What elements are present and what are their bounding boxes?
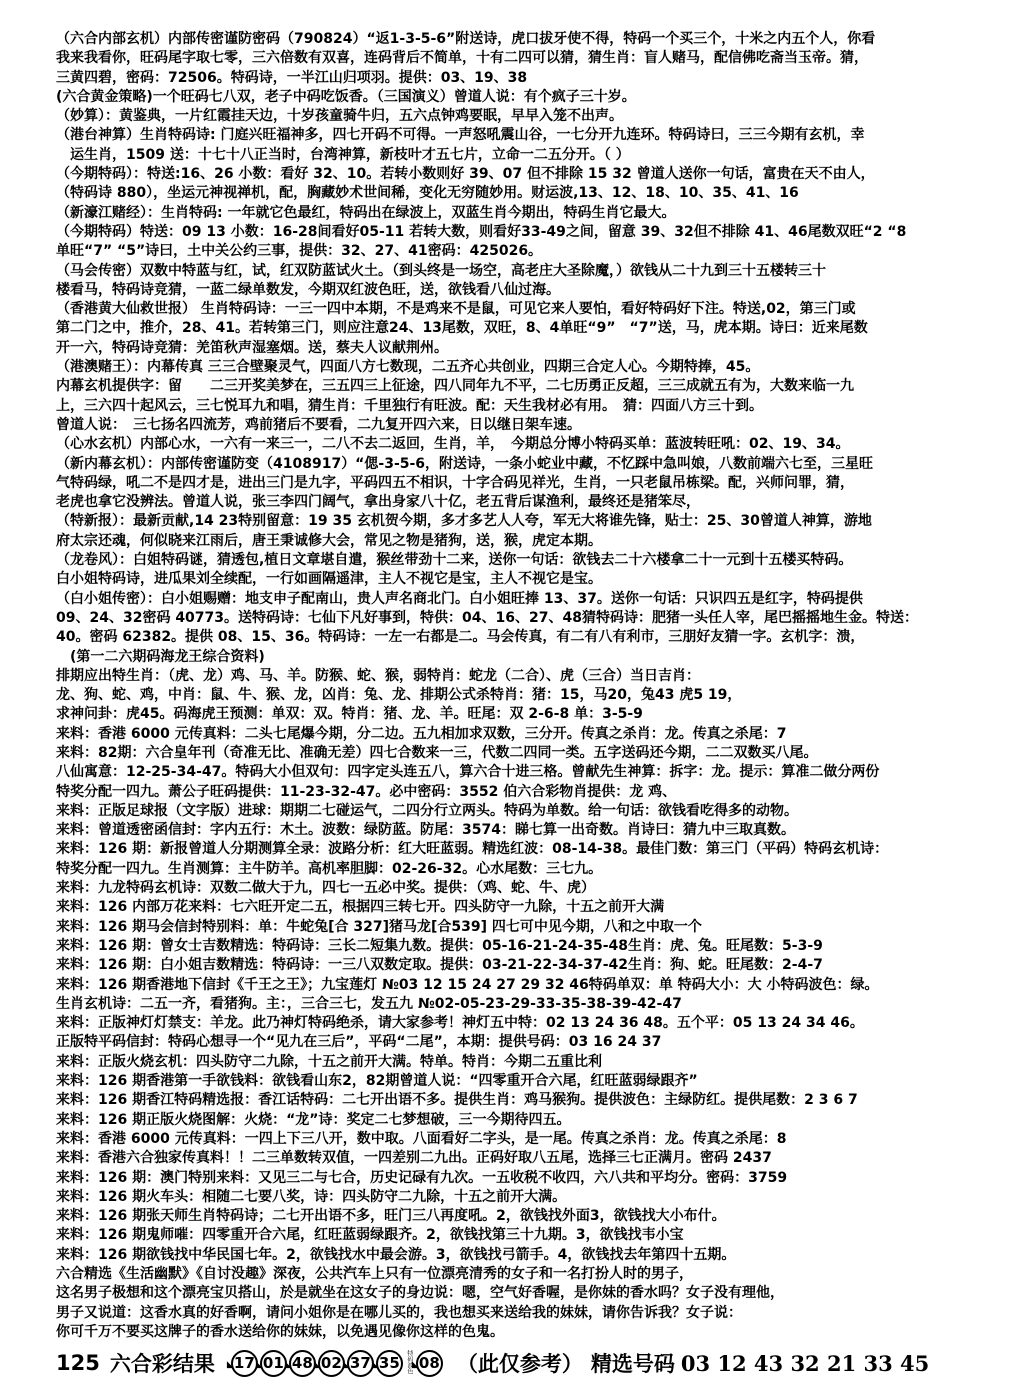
text-line: 特奖分配一四九。萧公子旺码提供：11-23-32-47。必中密码：3552 伯六… xyxy=(56,783,991,802)
text-line: 来料：126 内部万花来料：七六旺开定二五，根据四三转七开。四头防守一九除，十五… xyxy=(56,898,991,917)
text-line: 你可千万不要买这牌子的香水送给你的妹妹，以免遇见像你这样的色鬼。 xyxy=(56,1323,991,1342)
text-line: 09、24、32密码 40773。送特码诗：七仙下凡好事到，特供：04、16、2… xyxy=(56,609,991,628)
tick-icon: ◣ xyxy=(227,1361,234,1370)
text-line: 来料：126 期香港地下信封《千王之王》；九宝莲灯 №03 12 15 24 2… xyxy=(56,976,991,995)
result-ball: ◣01 xyxy=(260,1350,287,1377)
text-line: 男子又说道：这香水真的好香啊，请问小姐你是在哪儿买的，我也想买来送给我的妹妹，请… xyxy=(56,1304,991,1323)
text-line: 单旺“7” “5”诗曰，土中关公约三事，提供：32、27、41密码：425026… xyxy=(56,242,991,261)
text-line: 来料：126 期正版火烧图解：火烧：“龙”诗：奖定二七梦想破，三一今期待四五。 xyxy=(56,1111,991,1130)
text-line: （六合内部玄机）内部传密谨防密码（790824）“返1-3-5-6”附送诗，虎口… xyxy=(56,30,991,49)
text-line: （今期特码）特送：09 13 小数：16-28间看好05-11 若转大数，则看好… xyxy=(56,223,991,242)
text-line: （港台神算）生肖特码诗: 门庭兴旺福神多，四七开码不可得。一声怒吼震山谷，一七分… xyxy=(56,126,991,145)
results-label: 六合彩结果 xyxy=(110,1348,215,1378)
text-line: 特奖分配一四九。生肖测算：主牛防羊。高机率胆脚：02-26-32。心水尾数：三七… xyxy=(56,860,991,879)
text-line: 来料：126 期鬼师嗺：四零重开合六尾，红旺蓝弱绿跟齐。2，欲钱找第三十九期。3… xyxy=(56,1226,991,1245)
selected-numbers: 03 12 43 32 21 33 45 xyxy=(681,1351,929,1376)
text-line: （马会传密）双数中特蓝与红，试，红双防蓝试火土。（到头终是一场空，高老庄大圣除魔… xyxy=(56,262,991,281)
text-line: 龙、狗、蛇、鸡，中肖：鼠、牛、猴、龙，凶肖：兔、龙、排期公式杀特肖：猪：15，马… xyxy=(56,686,991,705)
text-line: 来料：126 期火车头：相随二七要八奖，诗：四头防守二九除，十五之前开大满。 xyxy=(56,1188,991,1207)
text-line: 气特码绿，吼二不是四才是，进出三门是九字，平码四五不相识，十字合码见祥光，生肖，… xyxy=(56,474,991,493)
text-line: 来料：126 期张天师生肖特码诗；二七开出语不多，旺门三八再度吼。2，欲钱找外面… xyxy=(56,1207,991,1226)
result-ball: ◣37 xyxy=(347,1350,374,1377)
text-line: 老虎也拿它没辨法。曾道人说，张三李四门阔气，拿出身家八十亿，老五背后谋渔利，最终… xyxy=(56,493,991,512)
text-line: 来料：126 期：澳门特别来料：又见三二与七合，历史记碌有九次。一五收税不收四，… xyxy=(56,1169,991,1188)
text-line: 来料：香港六合独家传真料！！二三单数转双值，一四差别二九出。正码好取八五尾，选择… xyxy=(56,1149,991,1168)
result-ball: ◣35 xyxy=(376,1350,403,1377)
text-line: 第二门之中，推介，28、41。若转第三门，则应注意24、13尾数，双旺，8、4单… xyxy=(56,319,991,338)
text-line: （今期特码）：特送:16、26 小数：看好 32、10。若转小数则好 39、07… xyxy=(56,165,991,184)
result-ball: ◣17 xyxy=(231,1350,258,1377)
text-line: 八仙寓意：12-25-34-47。特码大小但双句：四字定头连五八，算六合十进三格… xyxy=(56,763,991,782)
text-line: （港澳赌王）：内幕传真 三三合壁聚灵气，四面八方七数现，二五齐心共创业，四期三合… xyxy=(56,358,991,377)
text-line: 40。密码 62382。提供 08、15、36。特码诗：一左一右都是二。马会传真… xyxy=(56,628,991,647)
text-line: 三黄四碧，密码：72506。特码诗，一半江山归项羽。提供：03、19、38 xyxy=(56,69,991,88)
text-line: 来料：香港 6000 元传真料：一四上下三八开，数中取。八面看好二字头，是一尾。… xyxy=(56,1130,991,1149)
text-line: （特新报）：最新贡献,14 23特别留意：19 35 玄机贺今期，多才多艺人人夸… xyxy=(56,512,991,531)
text-line: （新濠江赌经）：生肖特码: 一年就它色最红，特码出在绿波上，双蓝生肖今期出，特码… xyxy=(56,204,991,223)
result-ball-number: 08 xyxy=(419,1354,440,1372)
text-line: (六合黄金策略)一个旺码七八双，老子中码吃饭香。（三国演义）曾道人说：有个疯子三… xyxy=(56,88,991,107)
text-line: 来料：正版火烧玄机：四头防守二九除，十五之前开大满。特单。特肖：今期二五重比利 xyxy=(56,1053,991,1072)
text-line: 府太宗还魂，何似晓来江雨后，唐王秉诚修大会，常见之物是猪狗，送，猴，虎定本期。 xyxy=(56,532,991,551)
text-line: 正版特平码信封：特码心想寻一个“见九在三后”，平码“二尾”，本期：提供号码：03… xyxy=(56,1033,991,1052)
result-ball-special: ◣08 xyxy=(416,1350,443,1377)
result-ball-number: 35 xyxy=(379,1354,400,1372)
text-line: 这名男子极想和这个漂亮宝贝搭山，於是就坐在这女子的身边说：嗯，空气好香喔，是你妹… xyxy=(56,1284,991,1303)
result-ball-number: 02 xyxy=(321,1354,342,1372)
lottery-tip-sheet: （六合内部玄机）内部传密谨防密码（790824）“返1-3-5-6”附送诗，虎口… xyxy=(0,0,1017,1388)
text-line: 运生肖，1509 送：十七十八正当时，台湾神算，新枝叶才五七片，立命一二五分开。… xyxy=(56,146,991,165)
tick-icon: ◣ xyxy=(285,1361,292,1370)
text-line: 求神问卦：虎45。码海虎王预测：单双：双。特肖：猪、龙、羊。旺尾：双 2-6-8… xyxy=(56,705,991,724)
text-line: 来料：82期：六合皇年刊（奇准无比、准确无差）四七合数来一三，代数二四同一类。五… xyxy=(56,744,991,763)
result-ball-number: 01 xyxy=(263,1354,284,1372)
text-line: (第一二六期码海龙王综合资料) xyxy=(56,648,991,667)
text-line: 来料：126 期欲钱找中华民国七年。2，欲钱找水中最会游。3，欲钱找弓箭手。4，… xyxy=(56,1246,991,1265)
text-line: 开一六，特码诗竞猜：羌笛秋声湿塞烟。送，蔡夫人议献荆州。 xyxy=(56,339,991,358)
text-line: （心水玄机）内部心水，一六有一来三一，二八不去二返回，生肖，羊， 今期总分博小特… xyxy=(56,435,991,454)
text-line: 来料：正版神灯灯禁支：羊龙。此乃神灯特码绝杀，请大家参考！神灯五中特：02 13… xyxy=(56,1014,991,1033)
text-line: 白小姐特码诗，进瓜果刘全续配，一行如画隔遥津，主人不视它是宝，主人不视它是宝。 xyxy=(56,570,991,589)
tick-icon: ◣ xyxy=(314,1361,321,1370)
result-ball-number: 48 xyxy=(292,1354,313,1372)
result-ball-number: 37 xyxy=(350,1354,371,1372)
text-line: 来料：126 期：新报曾道人分期测算全录：波路分析：红大旺蓝弱。精选红波：08-… xyxy=(56,840,991,859)
text-line: 来料：126 期香江特码精选报：香江话特码：二七开出语不多。提供生肖：鸡马猴狗。… xyxy=(56,1091,991,1110)
text-line: 来料：香港 6000 元传真料：二头七尾爆今期，分二边。五九相加求双数，三分开。… xyxy=(56,725,991,744)
text-line: （香港黄大仙救世报） 生肖特码诗：一三一四中本期，不是鸡来不是鼠，可见它来人要怕… xyxy=(56,300,991,319)
text-line: 来料：九龙特码玄机诗：双数二做大于九，四七一五必中奖。提供：（鸡、蛇、牛、虎） xyxy=(56,879,991,898)
text-line: 我来我看你，旺码尾字取七零，三六倍数有双喜，连码背后不简单，十有二四可以猜，猜生… xyxy=(56,49,991,68)
text-line: 来料：126 期：白小姐吉数精选：特码诗：一三八双数定取。提供：03-21-22… xyxy=(56,956,991,975)
text-line: 内幕玄机提供字：留 二三开奖美梦在，三五四三上征途，四八同年九不平，二七历勇正反… xyxy=(56,377,991,396)
lottery-results-row: 125 六合彩结果 ◣17 ◣01 ◣48 ◣02 ◣37 ◣35 特码波色 ◣… xyxy=(56,1348,991,1378)
text-line: 六合精选《生活幽默》《自讨没趣》深夜，公共汽车上只有一位漂亮清秀的女子和一名打扮… xyxy=(56,1265,991,1284)
text-line: 来料：126 期：曾女士吉数精选：特码诗：三长二短集九数。提供：05-16-21… xyxy=(56,937,991,956)
text-line: （妙算）：黄鉴典，一片红霞挂天边，十岁孩童骑牛归，五六点钟鸡要眠，早早入笼不出声… xyxy=(56,107,991,126)
text-line: 楼看马，特码诗竞猜，一蓝二绿单数发，今期双红波色旺，送，欲钱看八仙过海。 xyxy=(56,281,991,300)
text-line: （特码诗 880），坐运元神视禅机，配，胸藏妙术世间稀，变化无穷随妙用。财运波,… xyxy=(56,184,991,203)
tick-icon: ◣ xyxy=(412,1361,419,1370)
reference-note: （此仅参考） xyxy=(457,1348,583,1378)
text-line: 排期应出特生肖：（虎、龙）鸡、马、羊。防猴、蛇、猴，弱特肖：蛇龙（二合）、虎（三… xyxy=(56,667,991,686)
tick-icon: ◣ xyxy=(256,1361,263,1370)
text-line: （龙卷风）：白姐特码谜，猜透包,植日文章堪自遣，猴丝带劲十二来，送你一句话：欲钱… xyxy=(56,551,991,570)
text-line: 来料：126 期香港第一手欲钱料：欲钱看山东2，82期曾道人说：“四零重开合六尾… xyxy=(56,1072,991,1091)
issue-number: 125 xyxy=(56,1351,100,1375)
text-line: （新内幕玄机）：内部传密谨防变（4108917）“偲-3-5-6，附送诗，一条小… xyxy=(56,455,991,474)
result-ball-number: 17 xyxy=(234,1354,255,1372)
tick-icon: ◣ xyxy=(343,1361,350,1370)
selected-numbers-label: 精选号码 xyxy=(591,1348,675,1378)
text-line: 曾道人说： 三七扬名四流芳，鸡前猪后不要看，二九复开四六来，日以继日架车速。 xyxy=(56,416,991,435)
result-number-balls: ◣17 ◣01 ◣48 ◣02 ◣37 ◣35 特码波色 ◣08 xyxy=(231,1350,443,1377)
result-ball: ◣02 xyxy=(318,1350,345,1377)
tick-icon: ◣ xyxy=(372,1361,379,1370)
result-ball: ◣48 xyxy=(289,1350,316,1377)
text-line: 上，三六四十起风云，三七悦耳九和唱，猜生肖：千里独行有旺波。配：天生我材必有用。… xyxy=(56,397,991,416)
text-line: 来料：正版足球报（文字版）进球：期期二七碰运气，二四分行立两头。特码为单数。给一… xyxy=(56,802,991,821)
text-line: 来料：126 期马会信封特别料：单：牛蛇兔[合 327]猪马龙[合539] 四七… xyxy=(56,918,991,937)
text-line: （白小姐传密）：白小姐赐赠：地支申子配南山，贵人声名商北门。白小姐旺捧 13、3… xyxy=(56,590,991,609)
text-line: 生肖玄机诗：二五一齐，看猪狗。主：，三合三七，发五九 №02-05-23-29-… xyxy=(56,995,991,1014)
text-line: 来料：曾道透密函信封：字内五行：木土。波数：绿防蓝。防尾：3574：睇七算一出奇… xyxy=(56,821,991,840)
